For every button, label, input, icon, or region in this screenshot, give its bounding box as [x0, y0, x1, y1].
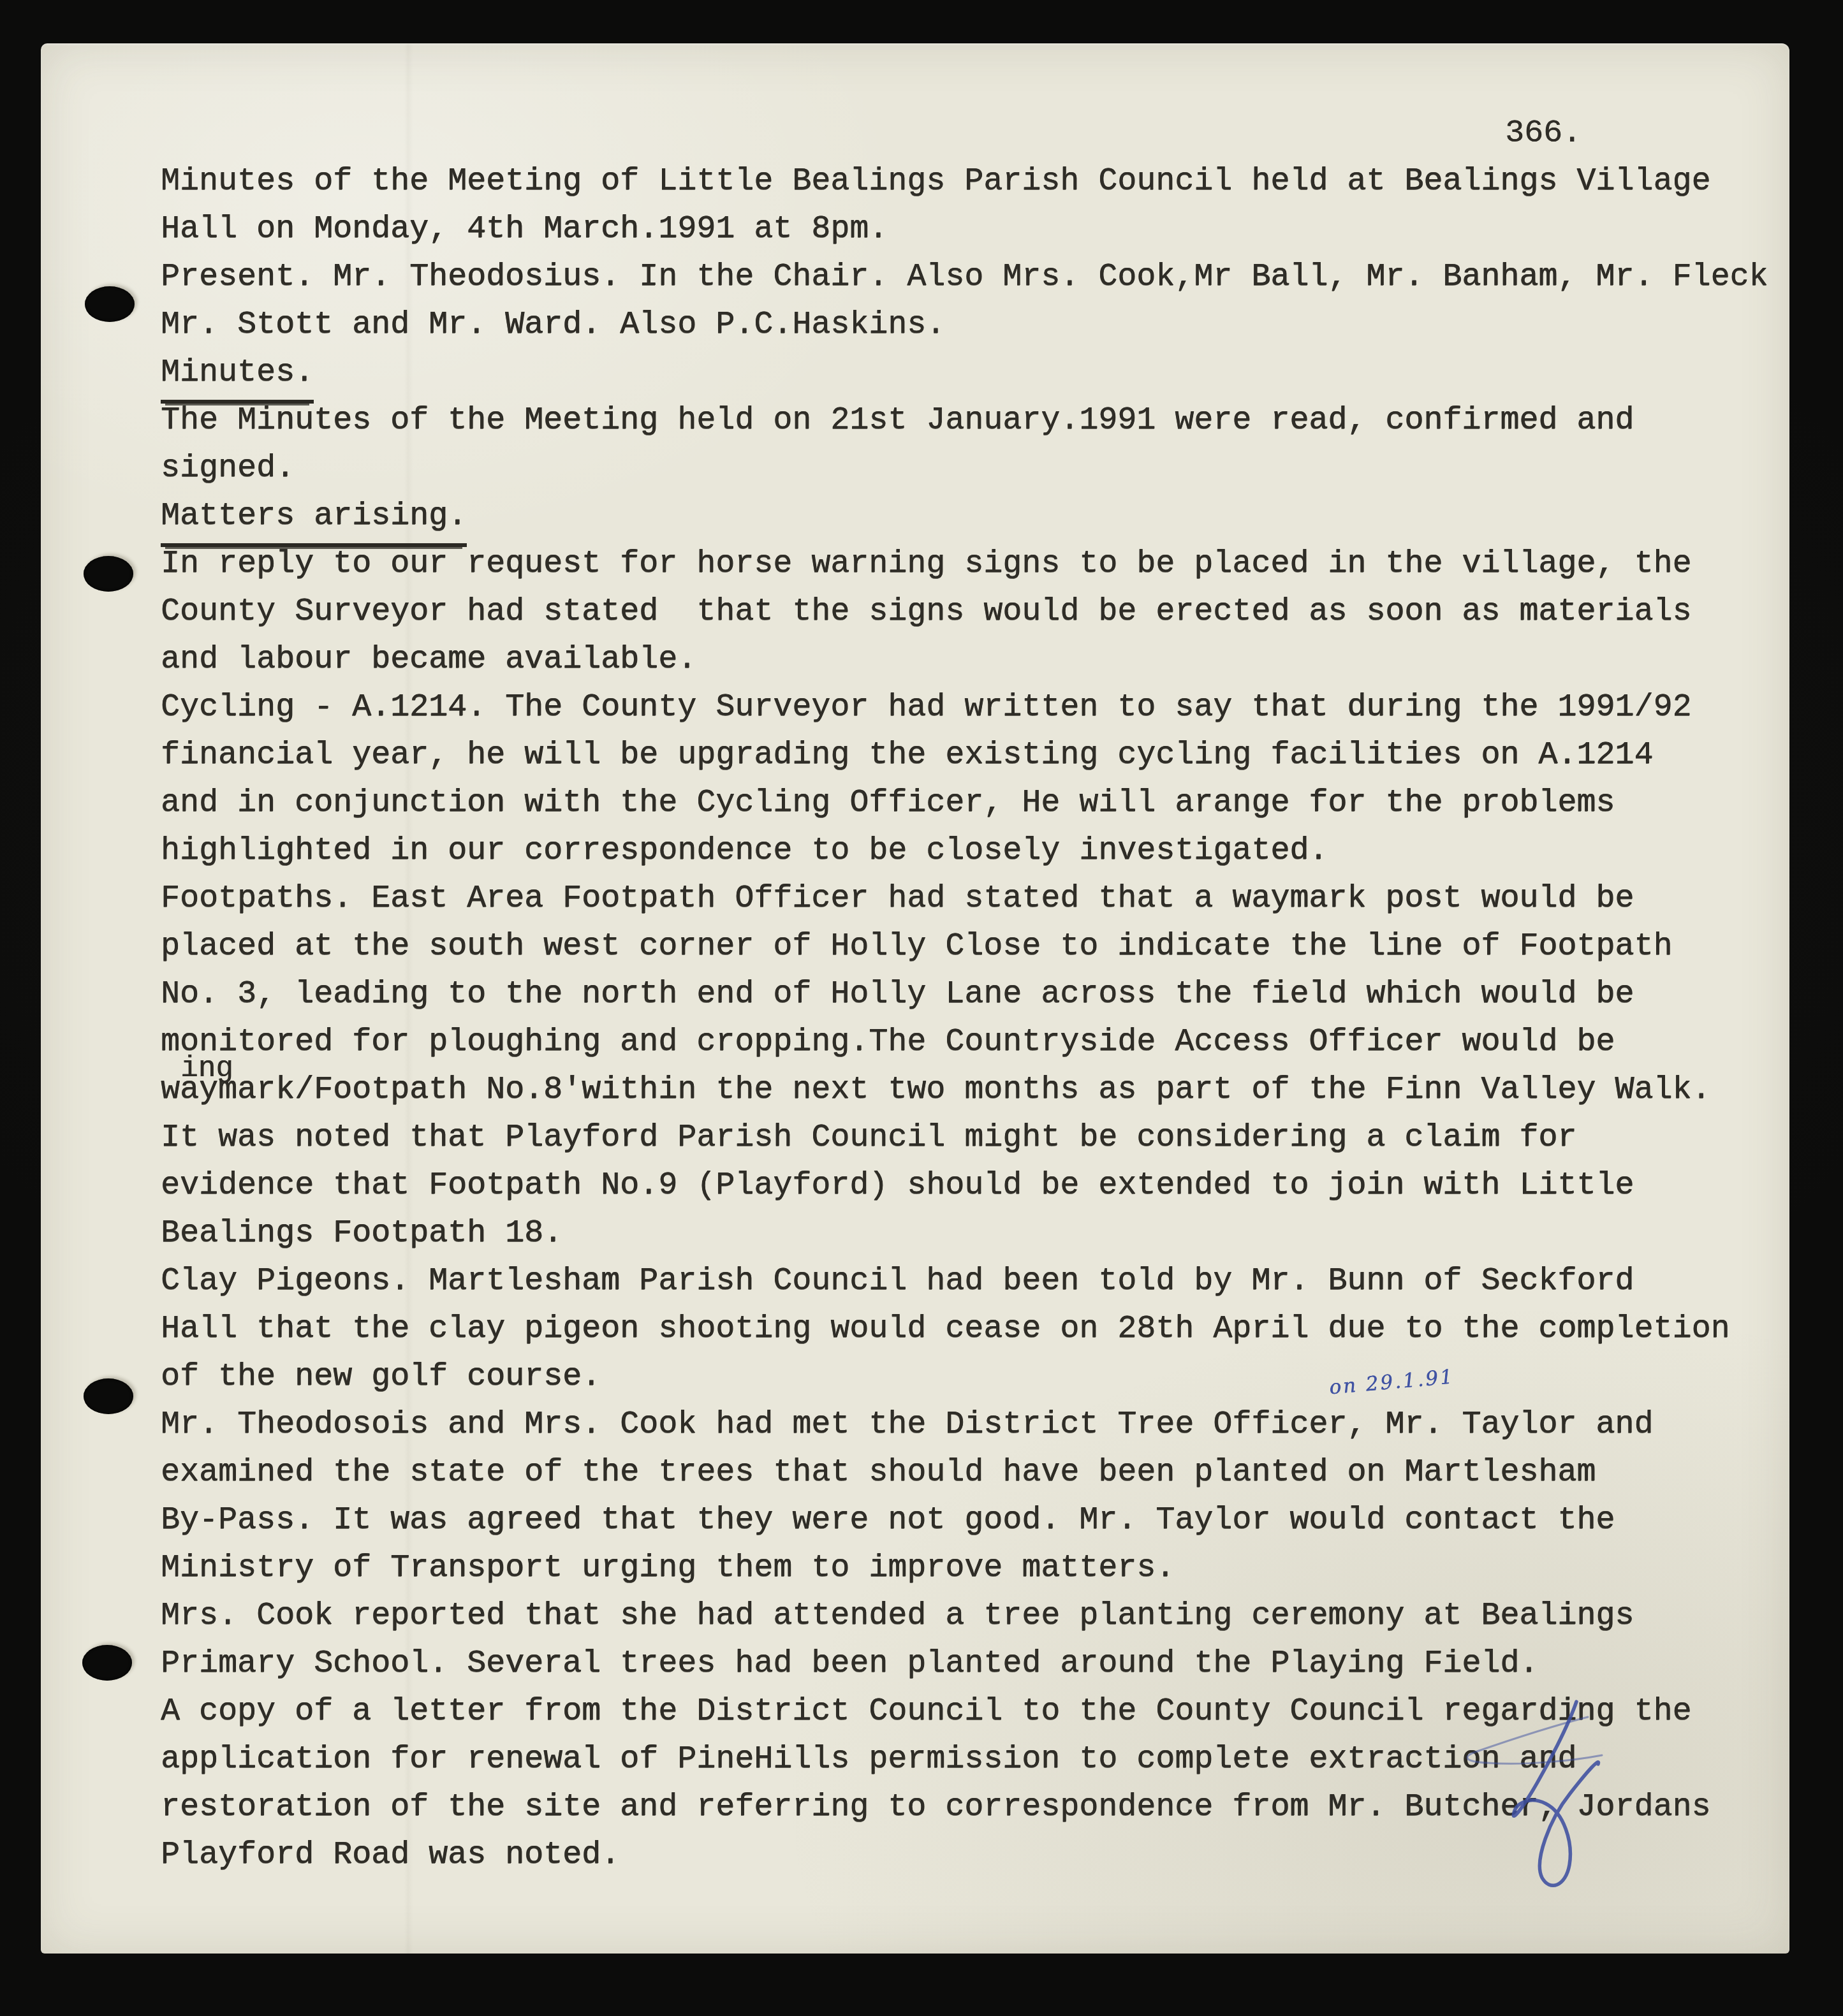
section-heading: Matters arising. [161, 492, 467, 547]
hole-punch [82, 1645, 132, 1681]
typed-line-29: Ministry of Transport urging them to imp… [161, 1544, 1768, 1592]
scanned-document-page: 366. Minutes of the Meeting of Little Be… [0, 0, 1843, 2016]
typed-line-9: County Surveyor had stated that the sign… [161, 588, 1768, 636]
typed-insert-correction: ing [180, 1052, 233, 1085]
paper-sheet: 366. Minutes of the Meeting of Little Be… [41, 43, 1789, 1954]
hole-punch [84, 556, 133, 592]
signature-ink-scribble [1428, 1677, 1639, 1900]
typed-line-4: Minutes. [161, 349, 1768, 397]
typed-line-15: Footpaths. East Area Footpath Officer ha… [161, 875, 1768, 923]
typed-line-19: waymark/Footpath No.8'within the next tw… [161, 1066, 1768, 1114]
typed-line-1: Hall on Monday, 4th March.1991 at 8pm. [161, 205, 1768, 253]
typed-line-26: Mr. Theodosois and Mrs. Cook had met the… [161, 1401, 1768, 1449]
typed-line-12: financial year, he will be upgrading the… [161, 731, 1768, 779]
hole-punch [84, 1378, 133, 1414]
hole-punch [85, 286, 135, 322]
typed-line-0: Minutes of the Meeting of Little Bealing… [161, 157, 1768, 205]
typed-line-7: Matters arising. [161, 492, 1768, 540]
typed-text-block: Minutes of the Meeting of Little Bealing… [161, 157, 1768, 1879]
typed-line-24: Hall that the clay pigeon shooting would… [161, 1305, 1768, 1353]
typed-line-21: evidence that Footpath No.9 (Playford) s… [161, 1162, 1768, 1209]
typed-line-11: Cycling - A.1214. The County Surveyor ha… [161, 683, 1768, 731]
typed-line-18: monitored for ploughing and cropping.The… [161, 1018, 1768, 1066]
typed-line-23: Clay Pigeons. Martlesham Parish Council … [161, 1257, 1768, 1305]
typed-line-2: Present. Mr. Theodosius. In the Chair. A… [161, 253, 1768, 301]
page-number: 366. [1505, 110, 1582, 157]
typed-line-14: highlighted in our correspondence to be … [161, 827, 1768, 875]
section-heading: Minutes. [161, 349, 314, 404]
typed-line-27: examined the state of the trees that sho… [161, 1449, 1768, 1496]
typed-line-25: of the new golf course. [161, 1353, 1768, 1401]
typed-line-28: By-Pass. It was agreed that they were no… [161, 1496, 1768, 1544]
typed-line-20: It was noted that Playford Parish Counci… [161, 1114, 1768, 1162]
typed-line-5: The Minutes of the Meeting held on 21st … [161, 397, 1768, 444]
typed-line-16: placed at the south west corner of Holly… [161, 923, 1768, 970]
typed-line-10: and labour became available. [161, 636, 1768, 683]
typed-line-13: and in conjunction with the Cycling Offi… [161, 779, 1768, 827]
typed-line-3: Mr. Stott and Mr. Ward. Also P.C.Haskins… [161, 301, 1768, 349]
typed-line-17: No. 3, leading to the north end of Holly… [161, 970, 1768, 1018]
typed-line-22: Bealings Footpath 18. [161, 1209, 1768, 1257]
typed-line-8: In reply to our request for horse warnin… [161, 540, 1768, 588]
typed-line-6: signed. [161, 444, 1768, 492]
typed-line-30: Mrs. Cook reported that she had attended… [161, 1592, 1768, 1640]
